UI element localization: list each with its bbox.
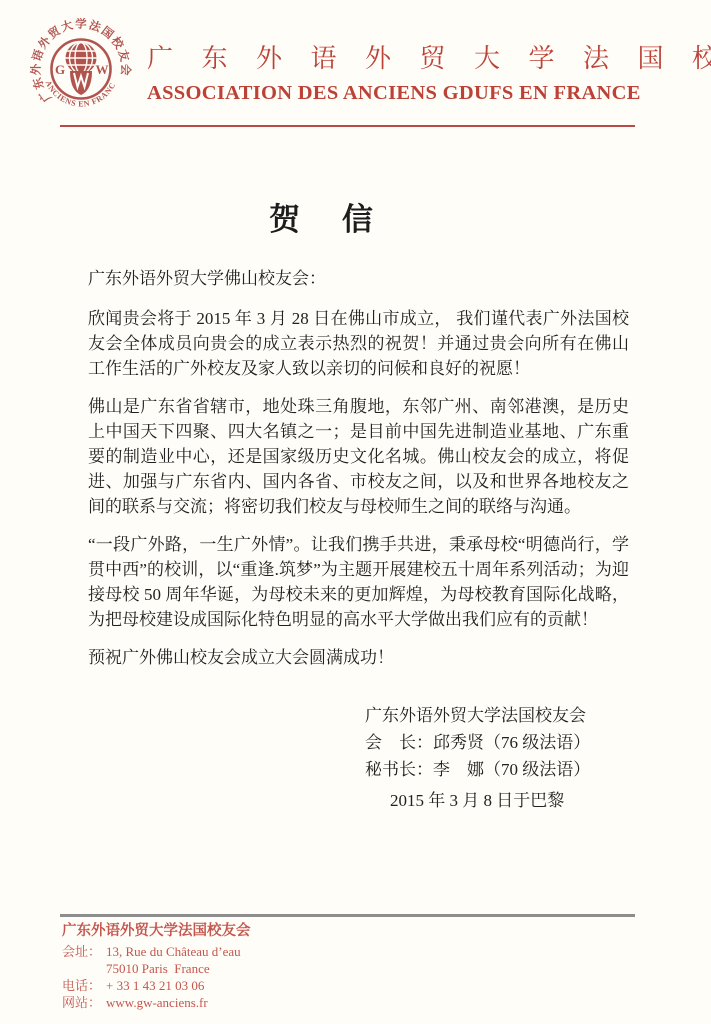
footer-address-row-1: 会址： 13, Rue du Château d’eau — [62, 943, 482, 960]
letter-page: 广东外语外贸大学法国校友会 ANCIENS EN FRANCE — [0, 0, 711, 1024]
signature-org: 广东外语外贸大学法国校友会 — [365, 702, 590, 729]
seal-letter-g: G — [55, 62, 65, 77]
seal-letter-w: W — [96, 62, 109, 77]
footer-address-label: 会址： — [62, 943, 106, 960]
org-name-chinese: 广 东 外 语 外 贸 大 学 法 国 校 友 会 — [147, 38, 647, 75]
paragraph-4: 预祝广外佛山校友会成立大会圆满成功！ — [88, 645, 629, 670]
footer-divider-line — [60, 914, 635, 917]
signature-block: 广东外语外贸大学法国校友会 会 长：邱秀贤（76 级法语） 秘书长：李 娜（70… — [365, 702, 590, 783]
footer-website-row: 网站： www.gw-anciens.fr — [62, 994, 482, 1011]
paragraph-2: 佛山是广东省省辖市，地处珠三角腹地，东邻广州、南邻港澳，是历史上中国天下四聚、四… — [88, 394, 629, 519]
org-name-french: ASSOCIATION DES ANCIENS GDUFS EN FRANCE — [147, 82, 647, 105]
footer-address-row-2: 75010 Paris France — [62, 960, 482, 977]
footer-website-label: 网站： — [62, 994, 106, 1011]
paragraph-1: 欣闻贵会将于 2015 年 3 月 28 日在佛山市成立， 我们谨代表广外法国校… — [88, 306, 629, 381]
header-divider-line — [60, 125, 635, 127]
association-seal-logo: 广东外语外贸大学法国校友会 ANCIENS EN FRANCE — [26, 14, 136, 124]
footer-phone-label: 电话： — [62, 977, 106, 994]
letter-title: 贺 信 — [0, 194, 677, 239]
signature-secretary: 秘书长：李 娜（70 级法语） — [365, 756, 590, 783]
letterhead: 广 东 外 语 外 贸 大 学 法 国 校 友 会 ASSOCIATION DE… — [147, 38, 647, 105]
signature-president: 会 长：邱秀贤（76 级法语） — [365, 729, 590, 756]
footer-website-value: www.gw-anciens.fr — [106, 994, 208, 1011]
salutation: 广东外语外贸大学佛山校友会： — [88, 266, 629, 291]
letter-body: 广东外语外贸大学佛山校友会： 欣闻贵会将于 2015 年 3 月 28 日在佛山… — [88, 266, 629, 683]
footer-phone-value: + 33 1 43 21 03 06 — [106, 977, 204, 994]
paragraph-3: “一段广外路，一生广外情”。让我们携手共进，秉承母校“明德尚行，学贯中西”的校训… — [88, 532, 629, 632]
footer: 广东外语外贸大学法国校友会 会址： 13, Rue du Château d’e… — [62, 923, 482, 1011]
footer-address-value-2: 75010 Paris France — [106, 960, 210, 977]
footer-phone-row: 电话： + 33 1 43 21 03 06 — [62, 977, 482, 994]
footer-address-value: 13, Rue du Château d’eau — [106, 943, 241, 960]
footer-address-label-spacer — [62, 960, 106, 977]
letter-date: 2015 年 3 月 8 日于巴黎 — [390, 786, 564, 811]
seal-logo-icon: 广东外语外贸大学法国校友会 ANCIENS EN FRANCE — [26, 14, 136, 124]
footer-org-name: 广东外语外贸大学法国校友会 — [62, 923, 482, 940]
